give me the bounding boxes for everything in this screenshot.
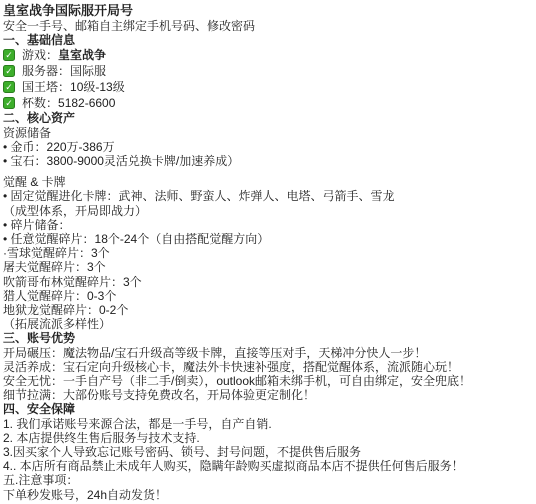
listing-text-block: 皇室战争国际服开局号安全一手号、邮箱自主绑定手机号码、修改密码一、基础信息✓游戏… <box>3 2 536 502</box>
text-line: 2. 本店提供终生售后服务与技术支持. <box>3 431 536 445</box>
green-checkbox-icon: ✓ <box>3 65 15 77</box>
text-line: （成型体系，开局即战力） <box>3 204 536 218</box>
text-line: 觉醒 & 卡牌 <box>3 175 536 189</box>
check-item-value: 5182-6600 <box>58 96 115 110</box>
check-item-label: 国王塔： <box>22 80 70 94</box>
check-item-value: 10级-13级 <box>70 80 125 94</box>
check-item-value: 皇室战争 <box>58 48 106 62</box>
text-line: 资源储备 <box>3 126 536 140</box>
check-item-label: 服务器： <box>22 64 70 78</box>
text-line: 下单秒发账号，24h自动发货！ <box>3 488 536 502</box>
section-heading: 二、核心资产 <box>3 111 536 125</box>
text-line: 五.注意事项： <box>3 473 536 487</box>
section-heading: 三、账号优势 <box>3 331 536 345</box>
text-line: ·雪球觉醒碎片：3个 <box>3 246 536 260</box>
text-line: 安全无忧：一手自产号（非二手/倒卖），outlook邮箱未绑手机，可自由绑定，安… <box>3 374 536 388</box>
text-line: 地狱龙觉醒碎片：0-2个 <box>3 303 536 317</box>
blank-line <box>3 168 536 175</box>
text-line: 安全一手号、邮箱自主绑定手机号码、修改密码 <box>3 19 536 33</box>
text-line: 吹箭哥布林觉醒碎片：3个 <box>3 275 536 289</box>
listing-description-page: 皇室战争国际服开局号安全一手号、邮箱自主绑定手机号码、修改密码一、基础信息✓游戏… <box>0 0 536 504</box>
text-line: 灵活养成：宝石定向升级核心卡，魔法外卡快速补强度，搭配觉醒体系，流派随心玩！ <box>3 360 536 374</box>
text-line: • 固定觉醒进化卡牌：武神、法师、野蛮人、炸弹人、电塔、弓箭手、雪龙 <box>3 189 536 203</box>
green-checkbox-icon: ✓ <box>3 81 15 93</box>
green-checkbox-icon: ✓ <box>3 49 15 61</box>
page-title: 皇室战争国际服开局号 <box>3 2 536 19</box>
text-line: • 任意觉醒碎片：18个-24个（自由搭配觉醒方向） <box>3 232 536 246</box>
section-heading: 一、基础信息 <box>3 33 536 47</box>
text-line: 3.因买家个人导致忘记账号密码、锁号、封号问题，不提供售后服务 <box>3 445 536 459</box>
check-item: ✓游戏：皇室战争 <box>3 47 536 63</box>
text-line: 开局碾压：魔法物品/宝石升级高等级卡牌，直接等压对手，天梯冲分快人一步！ <box>3 346 536 360</box>
green-checkbox-icon: ✓ <box>3 97 15 109</box>
text-line: • 宝石：3800-9000灵活兑换卡牌/加速养成） <box>3 154 536 168</box>
text-line: 4.. 本店所有商品禁止未成年人购买，隐瞒年龄购买虚拟商品本店不提供任何售后服务… <box>3 459 536 473</box>
text-line: • 碎片储备： <box>3 218 536 232</box>
text-line: 屠夫觉醒碎片：3个 <box>3 260 536 274</box>
check-item-value: 国际服 <box>70 64 106 78</box>
text-line: 猎人觉醒碎片：0-3个 <box>3 289 536 303</box>
text-line: （拓展流派多样性） <box>3 317 536 331</box>
check-item-label: 杯数： <box>22 96 58 110</box>
check-item: ✓杯数：5182-6600 <box>3 95 536 111</box>
check-item: ✓国王塔：10级-13级 <box>3 79 536 95</box>
text-line: 细节拉满：大部份账号支持免费改名，开局体验更定制化！ <box>3 388 536 402</box>
text-line: • 金币：220万-386万 <box>3 140 536 154</box>
check-item-label: 游戏： <box>22 48 58 62</box>
check-item: ✓服务器：国际服 <box>3 63 536 79</box>
section-heading: 四、安全保障 <box>3 402 536 416</box>
text-line: 1. 我们承诺账号来源合法，都是一手号，自产自销. <box>3 417 536 431</box>
